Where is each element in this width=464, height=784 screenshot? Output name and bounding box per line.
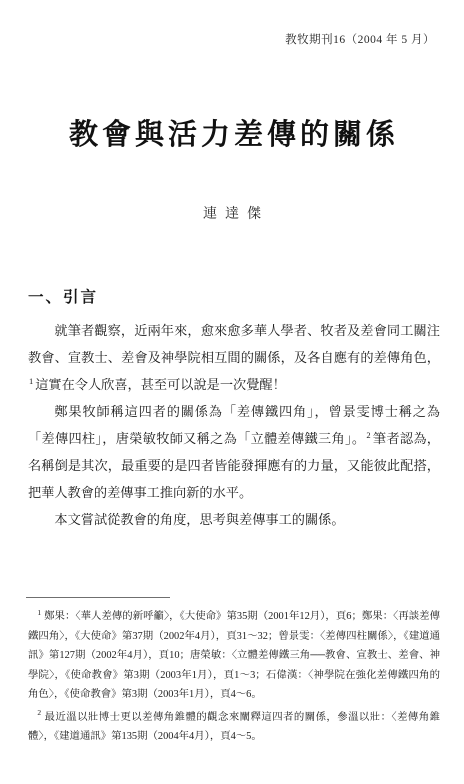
footnote-ref-1: 1 <box>29 376 33 386</box>
footnote-1-text: 鄭果：〈華人差傳的新呼籲〉，《大使命》第35期（2001年12月），頁6；鄭果：… <box>28 611 440 700</box>
footnote-1-marker: 1 <box>37 608 41 617</box>
article-title: 教會與活力差傳的關係 <box>0 112 464 153</box>
author-name: 連達傑 <box>0 203 464 223</box>
body-paragraph-2: 鄭果牧師稱這四者的關係為「差傳鐵四角」，曾景雯博士稱之為「差傳四柱」，唐榮敏牧師… <box>28 398 440 506</box>
document-page: 教牧期刊16（2004 年 5 月） 教會與活力差傳的關係 連達傑 一、引言 就… <box>0 0 464 784</box>
paragraph-text: 這實在令人欣喜，甚至可以說是一次覺醒！ <box>35 377 286 392</box>
journal-issue-header: 教牧期刊16（2004 年 5 月） <box>285 31 435 47</box>
body-paragraph-3: 本文嘗試從教會的角度，思考與差傳事工的關係。 <box>28 506 440 533</box>
paragraph-text: 本文嘗試從教會的角度，思考與差傳事工的關係。 <box>54 512 344 527</box>
body-paragraph-1: 就筆者觀察，近兩年來，愈來愈多華人學者、牧者及差會同工關注教會、宣教士、差會及神… <box>28 317 440 398</box>
section-heading-introduction: 一、引言 <box>28 285 98 307</box>
paragraph-text: 就筆者觀察，近兩年來，愈來愈多華人學者、牧者及差會同工關注教會、宣教士、差會及神… <box>28 323 440 365</box>
footnote-2-text: 最近溫以壯博士更以差傳角錐體的觀念來闡釋這四者的關係，參溫以壯：〈差傳角錐體〉，… <box>28 712 440 743</box>
footnote-separator-rule <box>26 597 170 598</box>
footnote-ref-2: 2 <box>366 430 370 440</box>
footnote-1: 1鄭果：〈華人差傳的新呼籲〉，《大使命》第35期（2001年12月），頁6；鄭果… <box>28 607 440 705</box>
footnotes-section: 1鄭果：〈華人差傳的新呼籲〉，《大使命》第35期（2001年12月），頁6；鄭果… <box>28 607 440 750</box>
footnote-2-marker: 2 <box>37 708 41 717</box>
footnote-2: 2最近溫以壯博士更以差傳角錐體的觀念來闡釋這四者的關係，參溫以壯：〈差傳角錐體〉… <box>28 708 440 747</box>
article-body: 就筆者觀察，近兩年來，愈來愈多華人學者、牧者及差會同工關注教會、宣教士、差會及神… <box>28 317 440 533</box>
